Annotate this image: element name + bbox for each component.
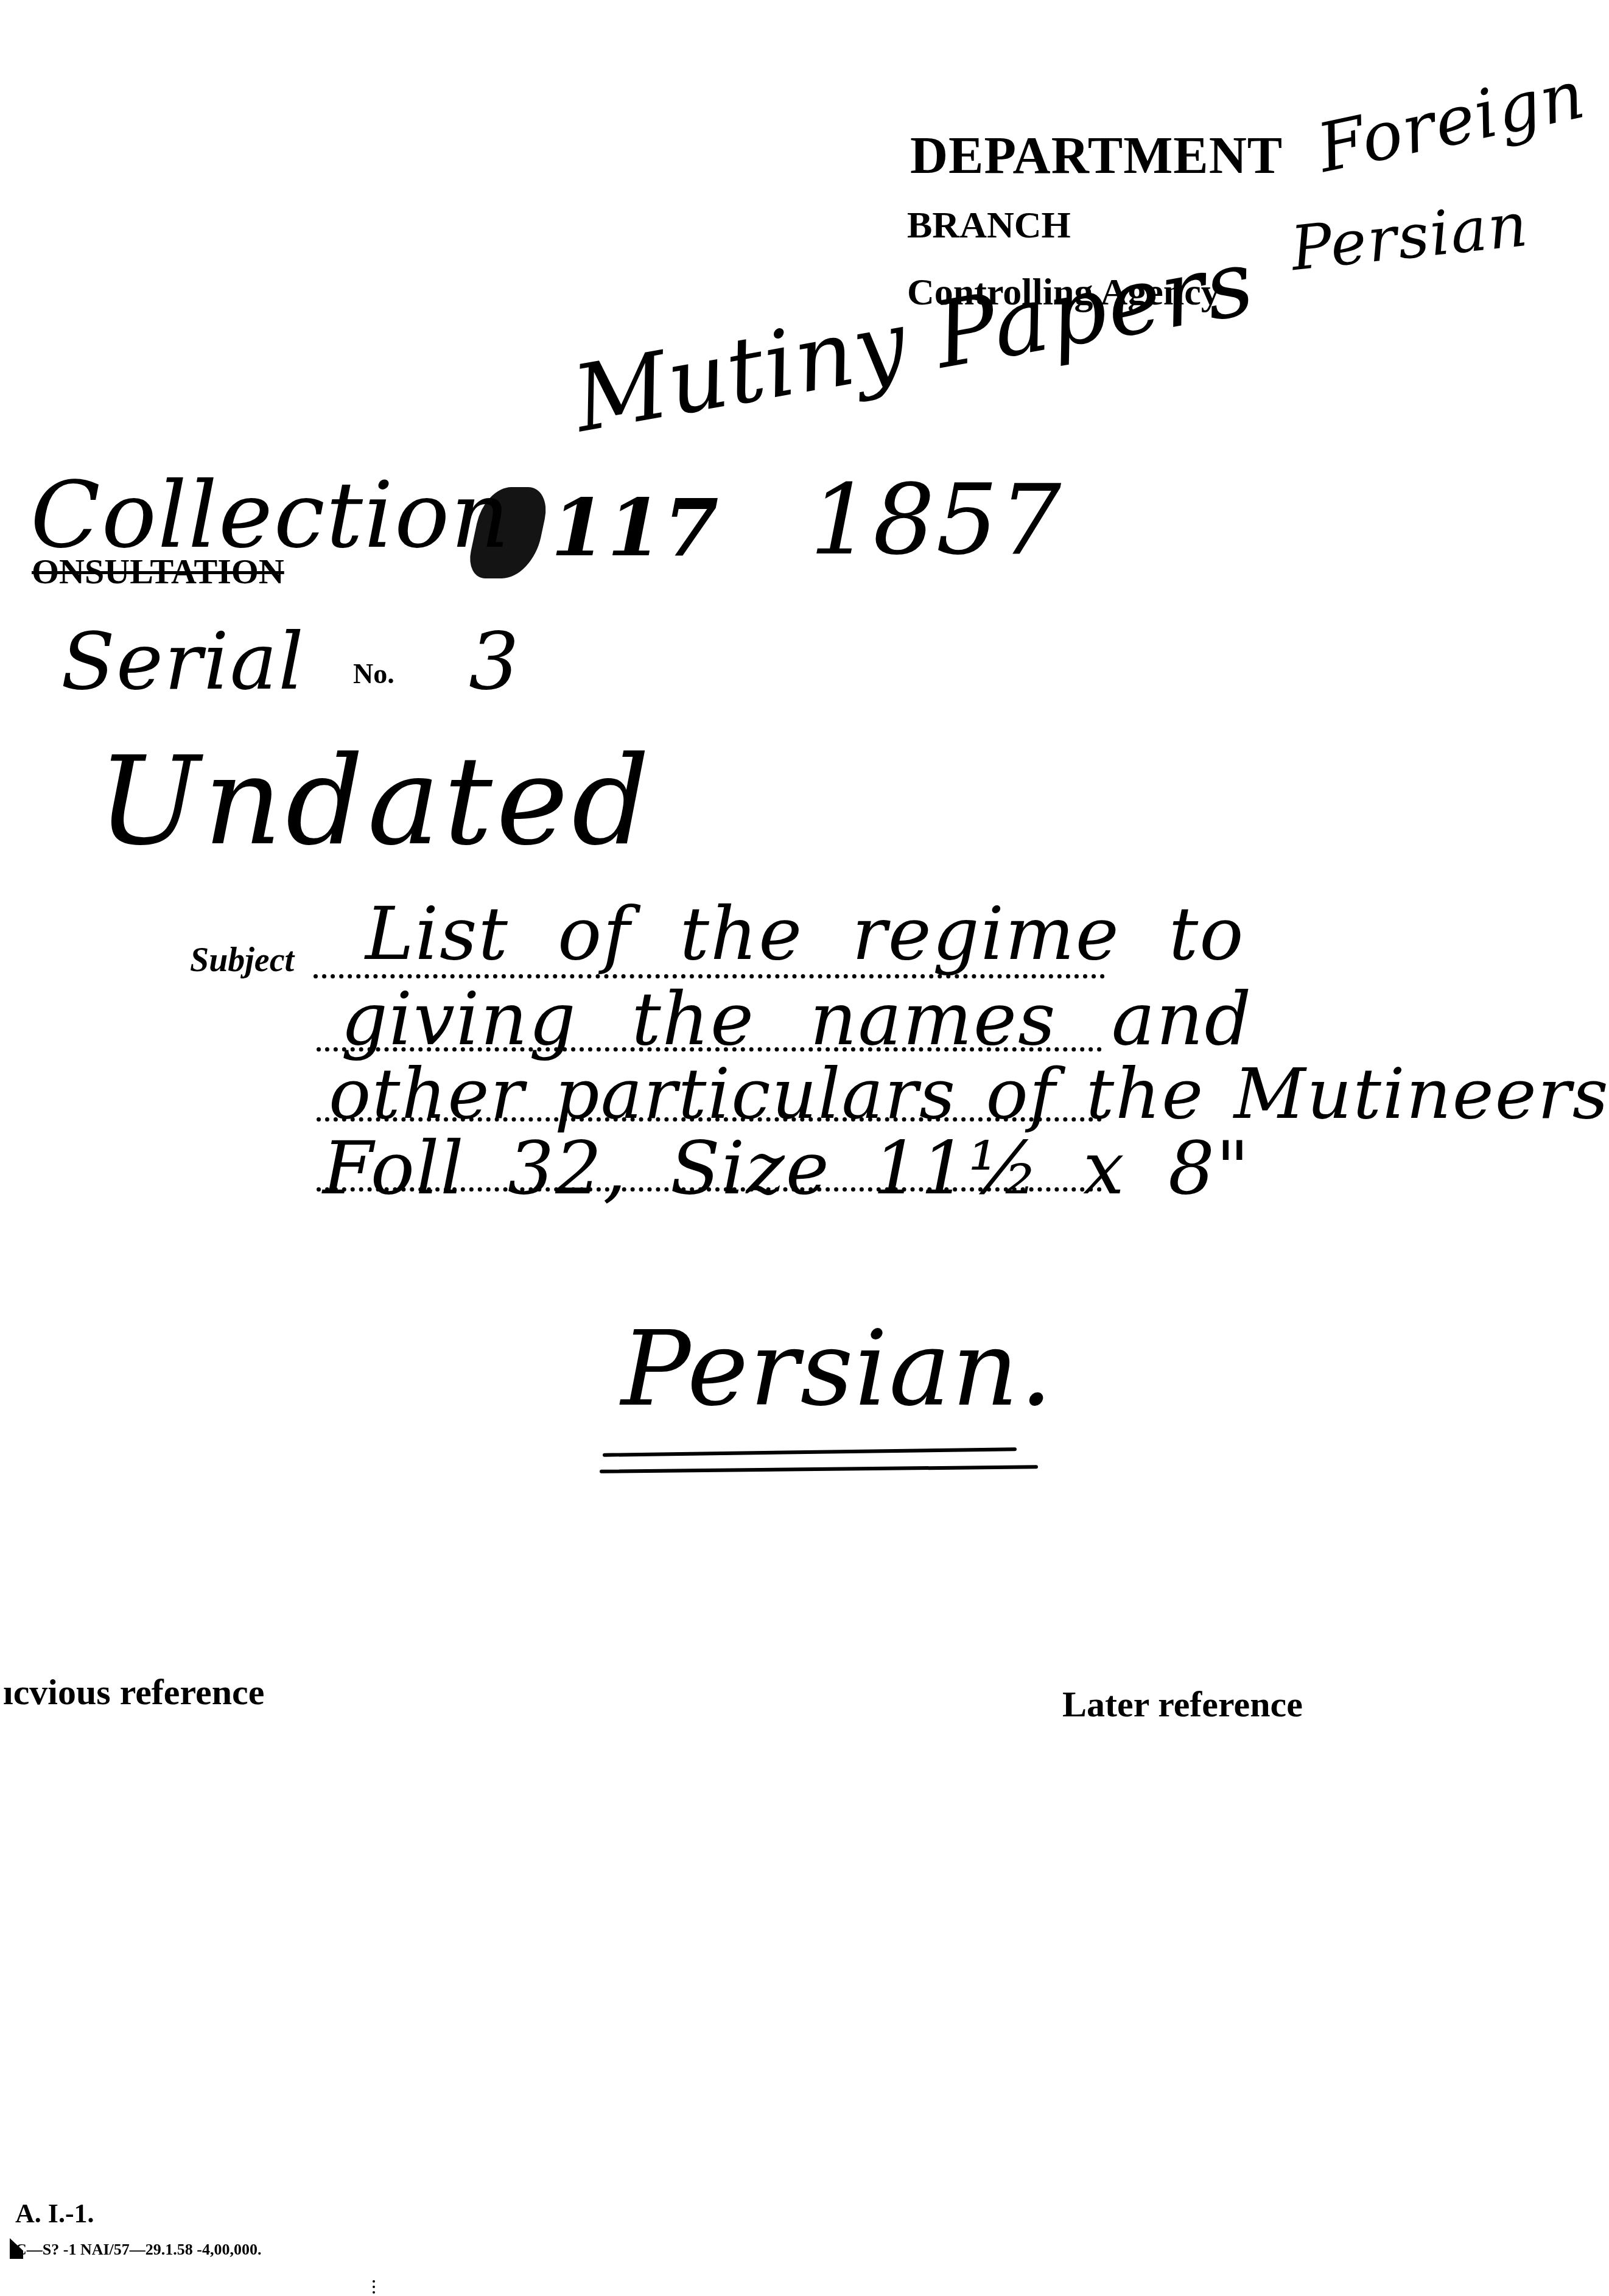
subject-text-line: other particulars of the Mutineers — [329, 1053, 1609, 1135]
serial-number: 3 — [469, 615, 521, 707]
department-value: Foreign — [1311, 55, 1592, 188]
corner-dotted-mark — [373, 2280, 379, 2294]
form-code: A. I.-1. — [15, 2198, 94, 2229]
department-label: DEPARTMENT — [910, 125, 1283, 186]
subject-label: Subject — [190, 941, 294, 980]
collection-title: Mutiny Papers — [566, 229, 1263, 453]
later-reference-label: Later reference — [1062, 1683, 1303, 1726]
underline-divider — [600, 1465, 1038, 1473]
collection-year: 1857 — [810, 463, 1062, 577]
branch-value: Persian — [1288, 189, 1532, 284]
serial-no-label: No. — [353, 658, 394, 690]
language-value: Persian. — [621, 1309, 1054, 1430]
subject-text-line: giving the names and — [341, 977, 1252, 1062]
serial-label: Serial — [61, 615, 305, 707]
branch-label: BRANCH — [907, 204, 1071, 247]
printer-imprint-line: C—S? -1 NAI/57—29.1.58 -4,00,000. — [15, 2241, 261, 2259]
consultation-label-struck: ONSULTATION — [32, 551, 284, 592]
previous-reference-label: ıcvious reference — [3, 1671, 264, 1713]
subject-text-line: List of the regime to — [365, 892, 1244, 977]
underline-divider — [603, 1447, 1017, 1456]
subject-text-line: Foll 32, Size 11½ x 8" — [323, 1126, 1250, 1211]
date-value: Undated — [97, 731, 653, 872]
collection-number: 117 — [551, 481, 720, 574]
